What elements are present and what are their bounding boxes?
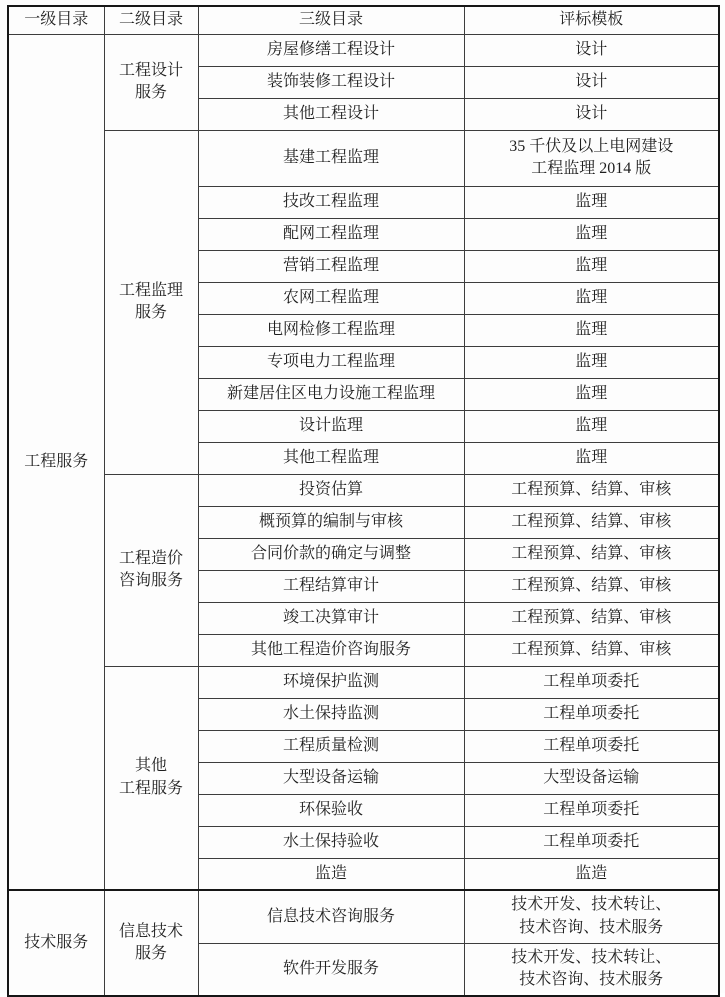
level3-cell: 其他工程设计 xyxy=(198,98,464,130)
template-cell: 大型设备运输 xyxy=(464,762,719,794)
level2-cell: 其他 工程服务 xyxy=(104,666,198,890)
template-cell: 监理 xyxy=(464,218,719,250)
level3-cell: 新建居住区电力设施工程监理 xyxy=(198,378,464,410)
level1-cell: 工程服务 xyxy=(8,34,104,890)
template-cell: 工程单项委托 xyxy=(464,794,719,826)
level3-cell: 工程结算审计 xyxy=(198,570,464,602)
template-cell: 监理 xyxy=(464,282,719,314)
level3-cell: 水土保持监测 xyxy=(198,698,464,730)
template-cell: 工程预算、结算、审核 xyxy=(464,506,719,538)
template-cell: 监理 xyxy=(464,314,719,346)
catalog-table: 一级目录 二级目录 三级目录 评标模板 工程服务 工程设计 服务 房屋修缮工程设… xyxy=(7,5,720,997)
table-row: 其他 工程服务 环境保护监测 工程单项委托 xyxy=(8,666,719,698)
level3-cell: 营销工程监理 xyxy=(198,250,464,282)
template-cell: 监理 xyxy=(464,442,719,474)
template-cell: 工程单项委托 xyxy=(464,666,719,698)
level3-cell: 电网检修工程监理 xyxy=(198,314,464,346)
template-cell: 工程预算、结算、审核 xyxy=(464,570,719,602)
template-cell: 监理 xyxy=(464,378,719,410)
level3-cell: 专项电力工程监理 xyxy=(198,346,464,378)
level3-cell: 水土保持验收 xyxy=(198,826,464,858)
level2-cell: 工程造价 咨询服务 xyxy=(104,474,198,666)
level3-cell: 软件开发服务 xyxy=(198,943,464,996)
template-cell: 监理 xyxy=(464,186,719,218)
template-cell: 监理 xyxy=(464,250,719,282)
document-page: 一级目录 二级目录 三级目录 评标模板 工程服务 工程设计 服务 房屋修缮工程设… xyxy=(0,0,725,993)
template-cell: 工程单项委托 xyxy=(464,698,719,730)
level3-cell: 环保验收 xyxy=(198,794,464,826)
level3-cell: 合同价款的确定与调整 xyxy=(198,538,464,570)
template-cell: 工程预算、结算、审核 xyxy=(464,634,719,666)
level2-cell: 工程监理 服务 xyxy=(104,130,198,474)
template-cell: 设计 xyxy=(464,98,719,130)
template-cell: 工程预算、结算、审核 xyxy=(464,474,719,506)
column-header-template: 评标模板 xyxy=(464,6,719,34)
table-row: 工程监理 服务 基建工程监理 35 千伏及以上电网建设 工程监理 2014 版 xyxy=(8,130,719,186)
level3-cell: 信息技术咨询服务 xyxy=(198,890,464,943)
level3-cell: 房屋修缮工程设计 xyxy=(198,34,464,66)
header-row: 一级目录 二级目录 三级目录 评标模板 xyxy=(8,6,719,34)
column-header-level2: 二级目录 xyxy=(104,6,198,34)
level3-cell: 其他工程监理 xyxy=(198,442,464,474)
level3-cell: 工程质量检测 xyxy=(198,730,464,762)
template-cell: 监理 xyxy=(464,410,719,442)
level3-cell: 技改工程监理 xyxy=(198,186,464,218)
template-cell: 监造 xyxy=(464,858,719,890)
template-cell: 技术开发、技术转让、 技术咨询、技术服务 xyxy=(464,943,719,996)
level3-cell: 设计监理 xyxy=(198,410,464,442)
level3-cell: 竣工决算审计 xyxy=(198,602,464,634)
table-row: 工程服务 工程设计 服务 房屋修缮工程设计 设计 xyxy=(8,34,719,66)
level2-cell: 工程设计 服务 xyxy=(104,34,198,130)
template-cell: 工程单项委托 xyxy=(464,730,719,762)
level3-cell: 其他工程造价咨询服务 xyxy=(198,634,464,666)
level2-cell: 信息技术 服务 xyxy=(104,890,198,996)
table-row: 工程造价 咨询服务 投资估算 工程预算、结算、审核 xyxy=(8,474,719,506)
level3-cell: 基建工程监理 xyxy=(198,130,464,186)
template-cell: 设计 xyxy=(464,66,719,98)
template-cell: 监理 xyxy=(464,346,719,378)
level3-cell: 装饰装修工程设计 xyxy=(198,66,464,98)
level3-cell: 投资估算 xyxy=(198,474,464,506)
level1-cell: 技术服务 xyxy=(8,890,104,996)
template-cell: 工程单项委托 xyxy=(464,826,719,858)
level3-cell: 环境保护监测 xyxy=(198,666,464,698)
template-cell: 工程预算、结算、审核 xyxy=(464,538,719,570)
level3-cell: 监造 xyxy=(198,858,464,890)
column-header-level3: 三级目录 xyxy=(198,6,464,34)
table-row: 技术服务 信息技术 服务 信息技术咨询服务 技术开发、技术转让、 技术咨询、技术… xyxy=(8,890,719,943)
level3-cell: 大型设备运输 xyxy=(198,762,464,794)
template-cell: 设计 xyxy=(464,34,719,66)
level3-cell: 配网工程监理 xyxy=(198,218,464,250)
template-cell: 技术开发、技术转让、 技术咨询、技术服务 xyxy=(464,890,719,943)
column-header-level1: 一级目录 xyxy=(8,6,104,34)
level3-cell: 农网工程监理 xyxy=(198,282,464,314)
template-cell: 35 千伏及以上电网建设 工程监理 2014 版 xyxy=(464,130,719,186)
level3-cell: 概预算的编制与审核 xyxy=(198,506,464,538)
template-cell: 工程预算、结算、审核 xyxy=(464,602,719,634)
